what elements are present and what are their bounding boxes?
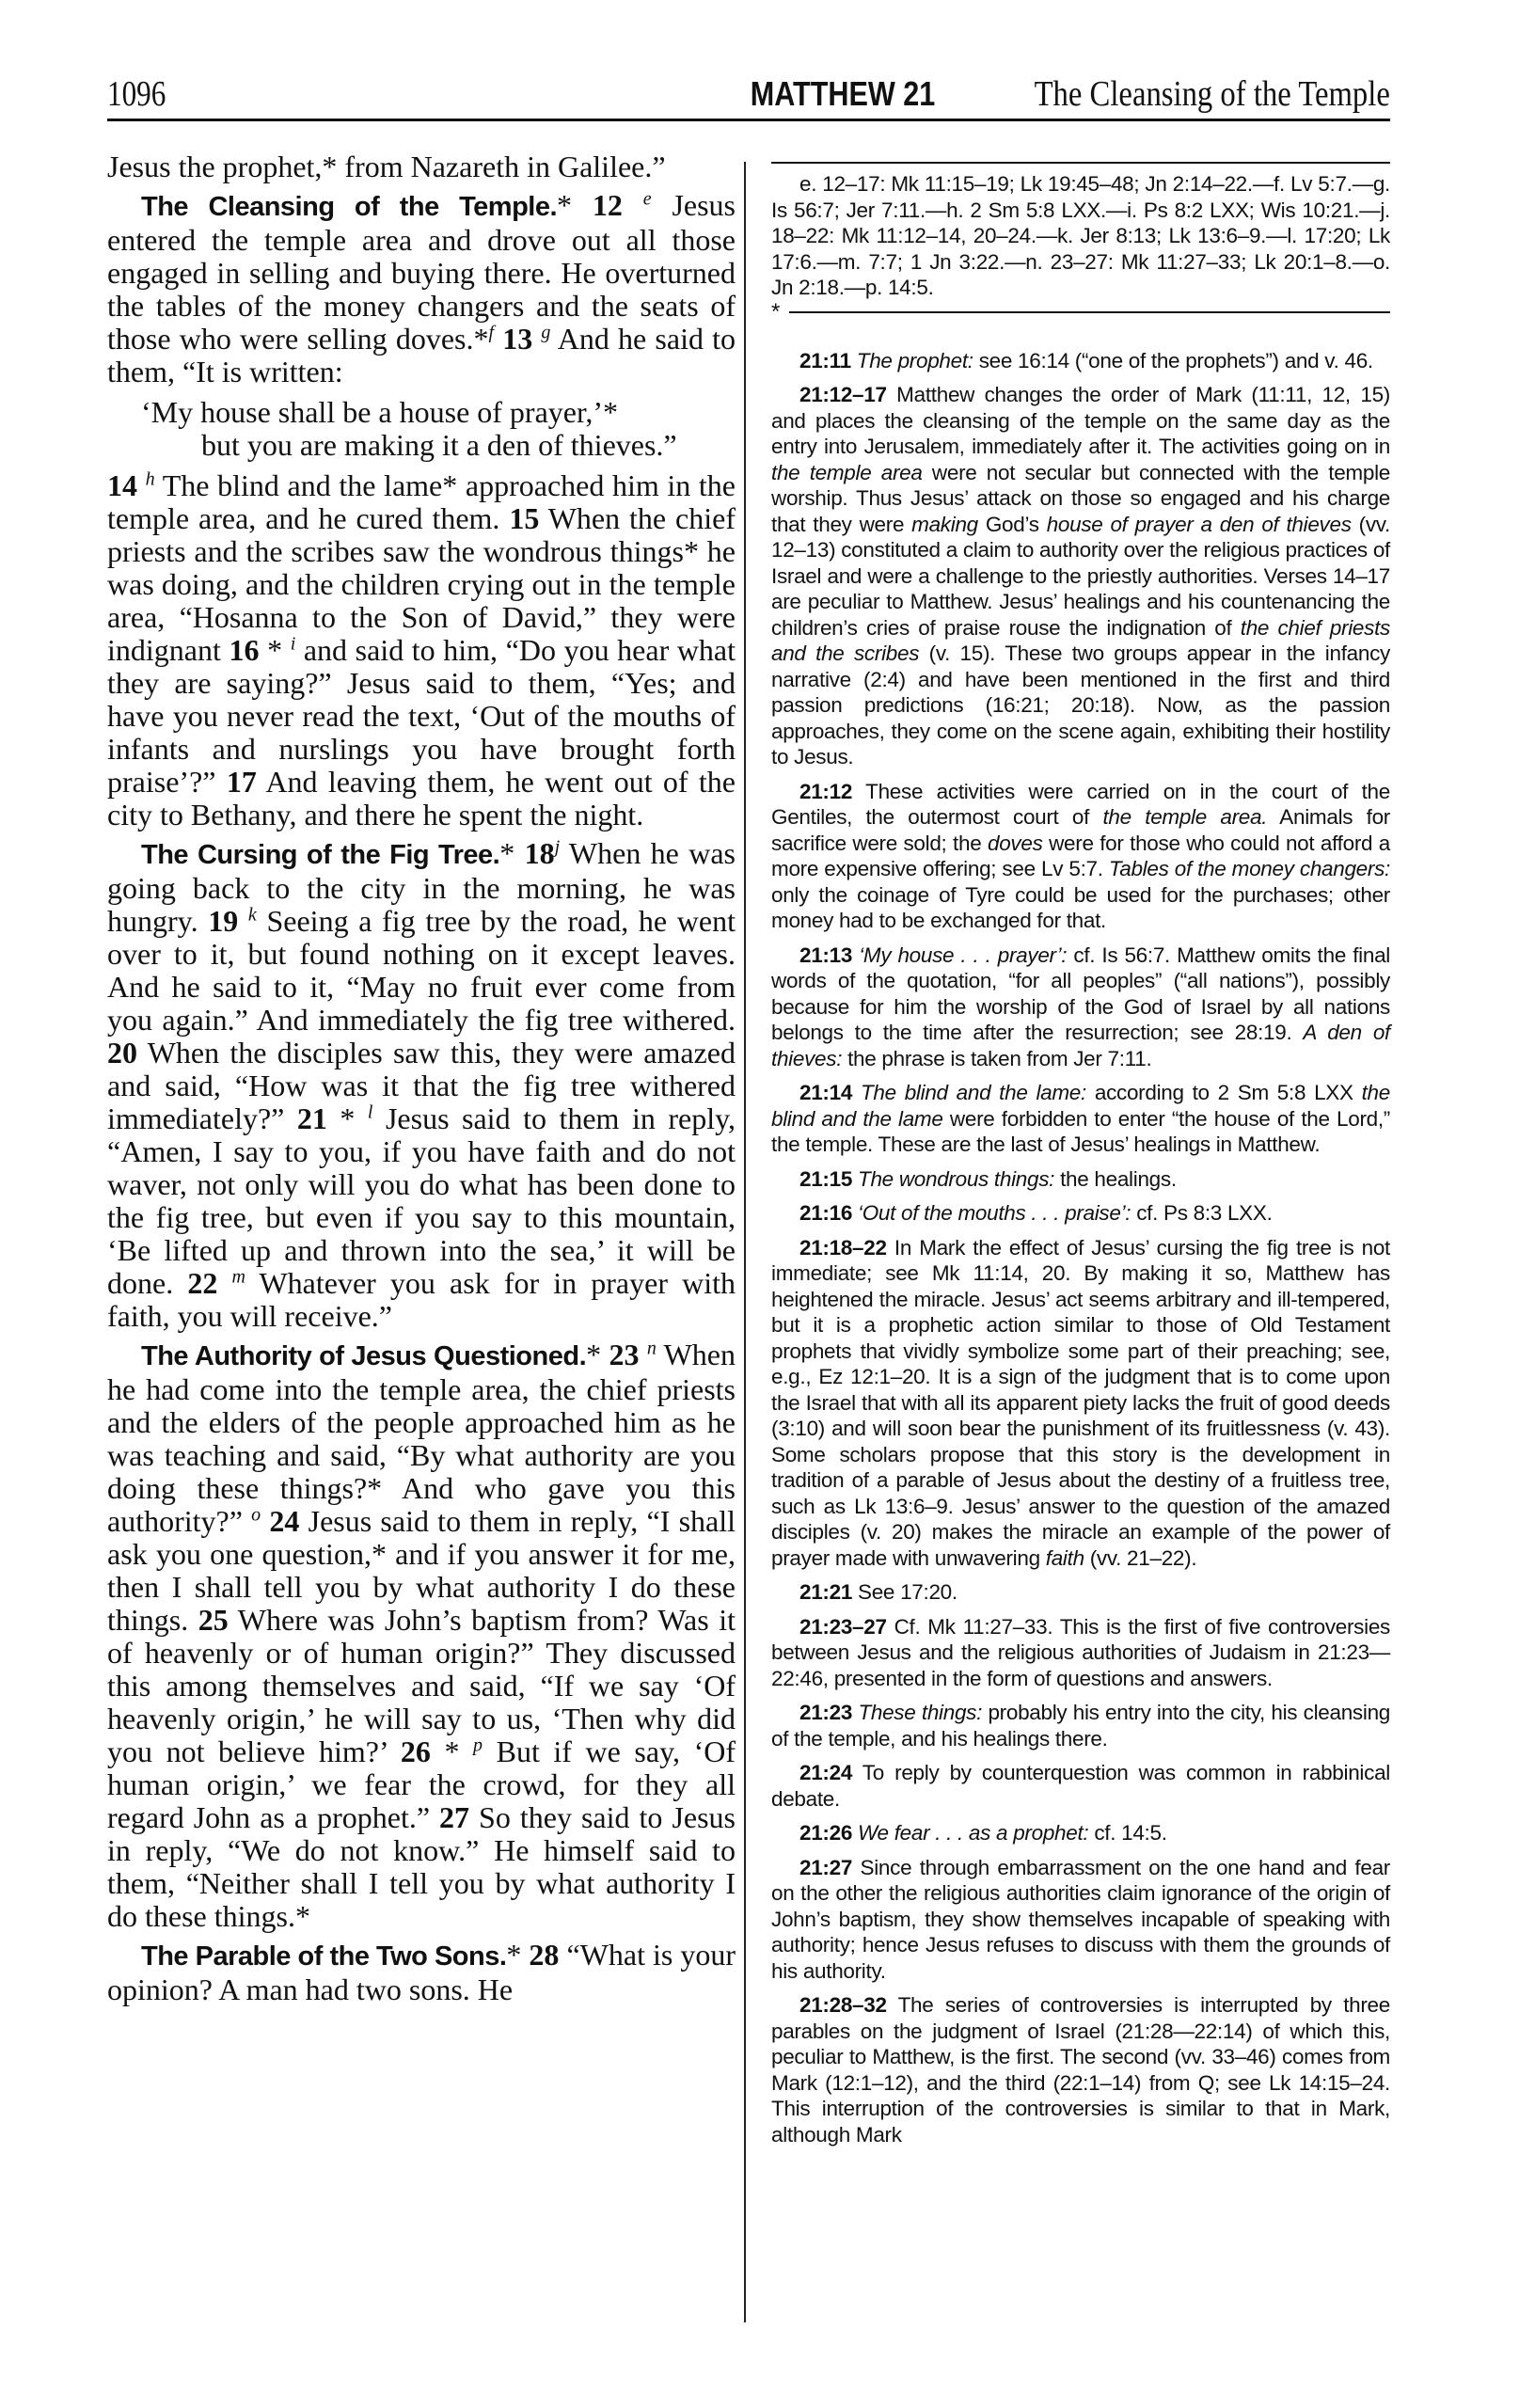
note-21-15: 21:15 The wondrous things: the healings.	[771, 1166, 1390, 1193]
note-lemma: Tables of the money changers:	[1109, 857, 1390, 880]
notes-rule: *	[771, 303, 1390, 322]
note-21-21: 21:21 See 17:20.	[771, 1579, 1390, 1606]
footnote-marker[interactable]: *	[586, 1338, 601, 1371]
pericope-cleansing: The Cleansing of the Temple.* 12 e Jesus…	[107, 189, 736, 388]
note-21-28-32: 21:28–32 The series of controversies is …	[771, 1992, 1390, 2147]
verse-number: 12	[593, 188, 623, 222]
pericope-authority: The Authority of Jesus Questioned.* 23 n…	[107, 1339, 736, 1933]
scripture-column: Jesus the prophet,* from Nazareth in Gal…	[107, 150, 736, 2012]
note-ref: 21:24	[799, 1761, 852, 1784]
section-heading: The Cursing of the Fig Tree.	[141, 840, 499, 870]
asterisk-icon: *	[771, 303, 780, 322]
cross-ref-marker[interactable]: k	[248, 904, 257, 925]
note-21-24: 21:24 To reply by counterquestion was co…	[771, 1760, 1390, 1812]
note-text: see 16:14 (“one of the prophets”) and v.…	[973, 349, 1373, 372]
verse-number: 15	[509, 501, 539, 535]
verse-number: 20	[107, 1036, 137, 1069]
note-21-18-22: 21:18–22 In Mark the effect of Jesus’ cu…	[771, 1235, 1390, 1572]
verse-number: 26	[401, 1735, 431, 1768]
note-ref: 21:16	[799, 1201, 852, 1225]
verse-number: 18	[514, 836, 554, 870]
note-ref: 21:23–27	[799, 1615, 887, 1639]
note-lemma: ‘Out of the mouths . . . praise’:	[858, 1201, 1131, 1225]
note-text: See 17:20.	[852, 1580, 957, 1604]
scripture-paragraph: Jesus the prophet,* from Nazareth in Gal…	[107, 150, 736, 183]
verse-number: 25	[198, 1603, 229, 1637]
note-ref: 21:12	[799, 780, 852, 803]
verse-number: 21	[297, 1101, 327, 1135]
section-heading: The Authority of Jesus Questioned.	[141, 1341, 586, 1371]
note-text: cf. 14:5.	[1088, 1821, 1166, 1845]
note-ref: 21:27	[799, 1856, 852, 1879]
note-ref: 21:28–32	[799, 1993, 887, 2017]
note-lemma: the temple area	[771, 461, 923, 484]
divider	[789, 311, 1390, 313]
note-ref: 21:11	[799, 349, 851, 372]
verse-number: 23	[609, 1338, 639, 1371]
section-title: The Cleansing of the Temple	[1035, 73, 1390, 115]
verse-number: 16	[229, 633, 259, 667]
poetry-line: ‘My house shall be a house of prayer,’*	[107, 396, 736, 429]
note-lemma: doves	[988, 832, 1043, 855]
page-number: 1096	[107, 73, 166, 115]
verse-number: 24	[261, 1504, 299, 1538]
cross-ref-marker[interactable]: o	[251, 1504, 261, 1525]
note-ref: 21:21	[799, 1580, 852, 1604]
cross-references: e. 12–17: Mk 11:15–19; Lk 19:45–48; Jn 2…	[771, 171, 1390, 301]
poetry-quote: ‘My house shall be a house of prayer,’* …	[107, 396, 736, 462]
page-header: 1096 MATTHEW 21 The Cleansing of the Tem…	[107, 73, 1390, 121]
note-lemma: faith	[1046, 1546, 1084, 1570]
note-lemma: ‘My house . . . prayer’:	[859, 943, 1067, 967]
cross-ref-marker[interactable]: p	[473, 1735, 483, 1755]
note-ref: 21:14	[799, 1081, 852, 1104]
note-21-16: 21:16 ‘Out of the mouths . . . praise’: …	[771, 1200, 1390, 1227]
note-21-23-27: 21:23–27 Cf. Mk 11:27–33. This is the fi…	[771, 1614, 1390, 1692]
cross-ref-marker[interactable]: f	[488, 322, 494, 342]
cross-references-rule	[771, 162, 1390, 164]
cross-ref-marker[interactable]: h	[146, 468, 155, 489]
note-21-23: 21:23 These things: probably his entry i…	[771, 1700, 1390, 1751]
note-lemma: The wondrous things:	[858, 1167, 1054, 1191]
note-lemma: The blind and the lame:	[861, 1081, 1086, 1104]
note-ref: 21:15	[799, 1167, 852, 1191]
poetry-line: but you are making it a den of thieves.”	[107, 429, 736, 462]
running-head: MATTHEW 21 The Cleansing of the Temple	[718, 73, 1390, 115]
note-lemma: We fear . . . as a prophet:	[858, 1821, 1088, 1845]
note-21-12: 21:12 These activities were carried on i…	[771, 779, 1390, 934]
verse-number: 22	[187, 1266, 217, 1300]
cross-ref-marker[interactable]: e	[643, 188, 652, 209]
note-text: the healings.	[1054, 1167, 1177, 1191]
note-text: the phrase is taken from Jer 7:11.	[842, 1047, 1151, 1070]
note-ref: 21:26	[799, 1821, 852, 1845]
note-lemma: making	[911, 513, 978, 536]
footnote-marker[interactable]: *	[506, 1938, 521, 1972]
note-21-11: 21:11 The prophet: see 16:14 (“one of th…	[771, 348, 1390, 374]
verse-number: 14	[107, 468, 137, 502]
note-ref: 21:23	[799, 1701, 852, 1724]
note-text: cf. Ps 8:3 LXX.	[1131, 1201, 1272, 1225]
book-chapter: MATTHEW 21	[751, 74, 936, 114]
note-text: according to 2 Sm 5:8 LXX	[1086, 1081, 1362, 1104]
footnote-marker[interactable]: *	[431, 1735, 473, 1768]
note-lemma: The prophet:	[857, 349, 973, 372]
note-21-14: 21:14 The blind and the lame: according …	[771, 1080, 1390, 1158]
note-21-13: 21:13 ‘My house . . . prayer’: cf. Is 56…	[771, 943, 1390, 1072]
pericope-two-sons: The Parable of the Two Sons.* 28 “What i…	[107, 1939, 736, 2006]
note-ref: 21:13	[799, 943, 852, 967]
note-text: (vv. 21–22).	[1084, 1546, 1197, 1570]
cross-ref-marker[interactable]: g	[541, 322, 550, 342]
scripture-paragraph: 14 h The blind and the lame* approached …	[107, 469, 736, 832]
note-lemma: the temple area.	[1102, 805, 1267, 829]
verse-number: 19	[208, 904, 238, 938]
note-text: Since through embarrassment on the one h…	[771, 1856, 1390, 1983]
cross-ref-marker[interactable]: n	[647, 1338, 657, 1358]
note-21-12-17: 21:12–17 Matthew changes the order of Ma…	[771, 382, 1390, 770]
verse-number: 27	[439, 1800, 469, 1834]
verse-number: 13	[502, 322, 532, 356]
verse-number: 28	[521, 1938, 559, 1972]
note-lemma: house of prayer a den of thieves	[1047, 513, 1352, 536]
section-heading: The Parable of the Two Sons.	[141, 1941, 506, 1972]
verse-number: 17	[227, 765, 257, 799]
note-ref: 21:18–22	[799, 1236, 887, 1259]
note-text: In Mark the effect of Jesus’ cursing the…	[771, 1236, 1390, 1570]
note-text: God’s	[978, 513, 1047, 536]
notes-column: e. 12–17: Mk 11:15–19; Lk 19:45–48; Jn 2…	[771, 162, 1390, 2156]
footnote-marker[interactable]: *	[499, 836, 514, 870]
pericope-fig-tree: The Cursing of the Fig Tree.* 18j When h…	[107, 837, 736, 1333]
footnote-marker[interactable]: *	[327, 1101, 368, 1135]
section-heading: The Cleansing of the Temple.	[141, 192, 557, 222]
footnote-marker[interactable]: *	[557, 188, 572, 222]
footnote-marker[interactable]: *	[259, 633, 290, 667]
note-text: To reply by counterquestion was common i…	[771, 1761, 1390, 1811]
note-21-26: 21:26 We fear . . . as a prophet: cf. 14…	[771, 1820, 1390, 1846]
note-ref: 21:12–17	[799, 383, 887, 406]
column-divider	[744, 162, 746, 2322]
cross-ref-marker[interactable]: m	[231, 1266, 245, 1287]
note-lemma: These things:	[858, 1701, 982, 1724]
note-text: only the coinage of Tyre could be used f…	[771, 883, 1390, 933]
note-21-27: 21:27 Since through embarrassment on the…	[771, 1855, 1390, 1985]
